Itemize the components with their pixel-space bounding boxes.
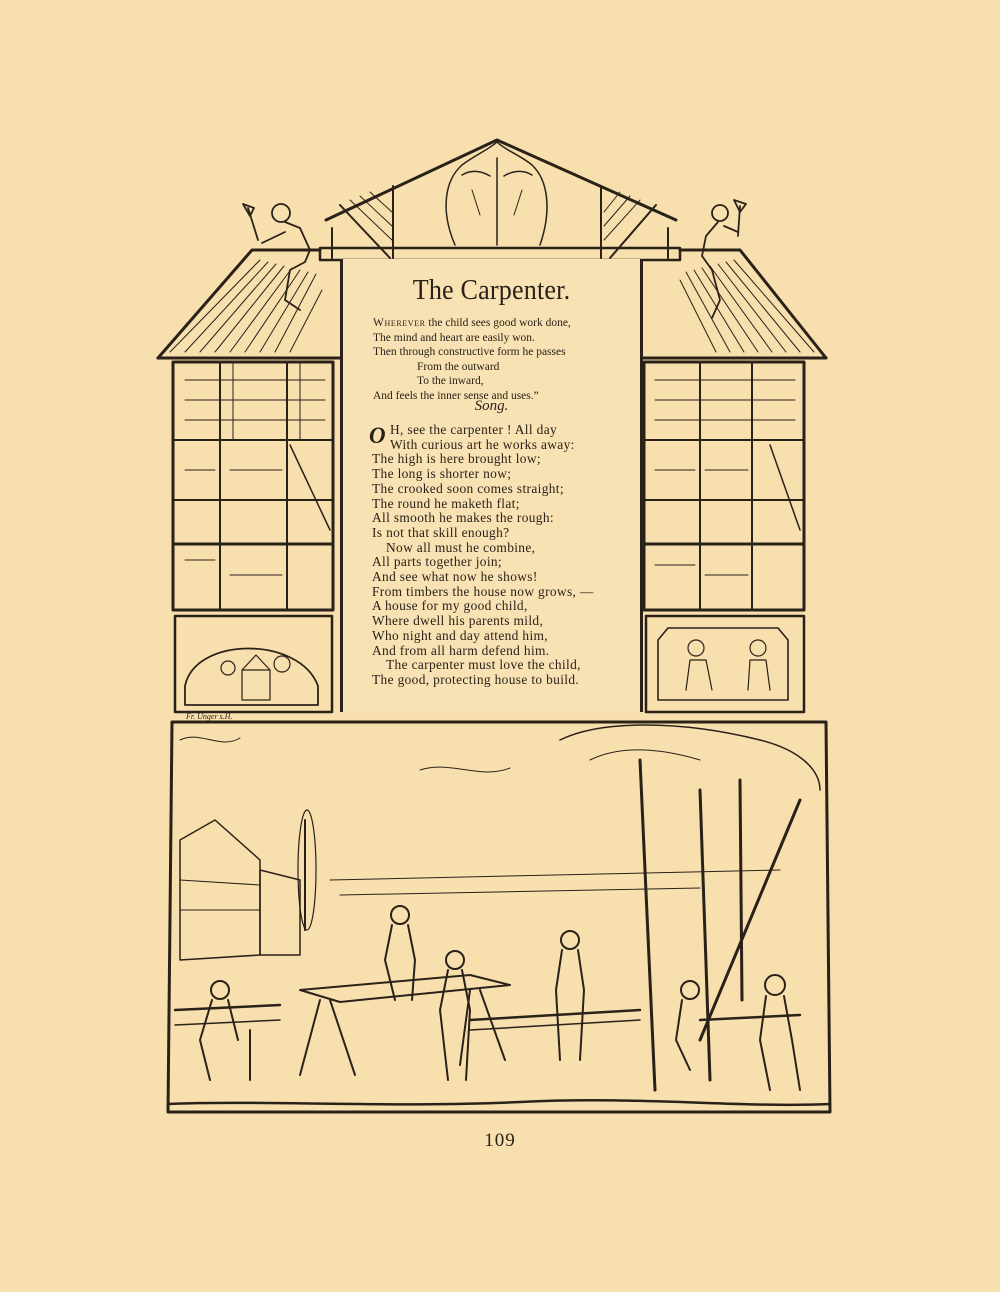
song-line: All smooth he makes the rough: [372,511,594,526]
page-number: 109 [0,1130,1000,1152]
song-line: With curious art he works away: [372,438,594,453]
right-wing-frame [644,362,804,712]
song-heading: Song. [343,398,640,415]
intro-line: Then through constructive form he passes [373,345,571,360]
right-roof [640,250,826,358]
song-line: From timbers the house now grows, — [372,585,594,600]
intro-line: The mind and heart are easily won. [373,331,571,346]
intro-first-word: Wherever [373,317,426,329]
song-line: Where dwell his parents mild, [372,614,594,629]
intro-line: From the outward [373,360,571,375]
song-line: A house for my good child, [372,599,594,614]
song-line: And see what now he shows! [372,570,594,585]
left-roof [158,250,340,358]
song-verse: O H, see the carpenter ! All day With cu… [372,423,594,688]
song-line: The high is here brought low; [372,452,594,467]
song-line: The long is shorter now; [372,467,594,482]
intro-verse: Wherever the child sees good work done, … [373,316,571,404]
intro-line: To the inward, [373,374,571,389]
artist-signature: Fr. Unger s.H. [186,712,232,721]
drop-cap-letter: O [369,423,387,449]
left-wing-frame [173,362,333,712]
song-line: Who night and day attend him, [372,629,594,644]
poem-title: The Carpenter. [358,274,625,307]
poem-panel: The Carpenter. Wherever the child sees g… [340,259,643,712]
bottom-scene [168,722,830,1112]
song-line: Now all must he combine, [372,541,594,556]
song-line: All parts together join; [372,555,594,570]
song-line: The crooked soon comes straight; [372,482,594,497]
gable [326,140,676,258]
song-line: Is not that skill enough? [372,526,594,541]
song-line: The round he maketh flat; [372,497,594,512]
song-line: H, see the carpenter ! All day [372,423,594,438]
song-line: And from all harm defend him. [372,644,594,659]
intro-line: Wherever the child sees good work done, [373,316,571,331]
song-line: The good, protecting house to build. [372,673,594,688]
left-carpenter-figure [243,204,310,310]
song-line: The carpenter must love the child, [372,658,594,673]
